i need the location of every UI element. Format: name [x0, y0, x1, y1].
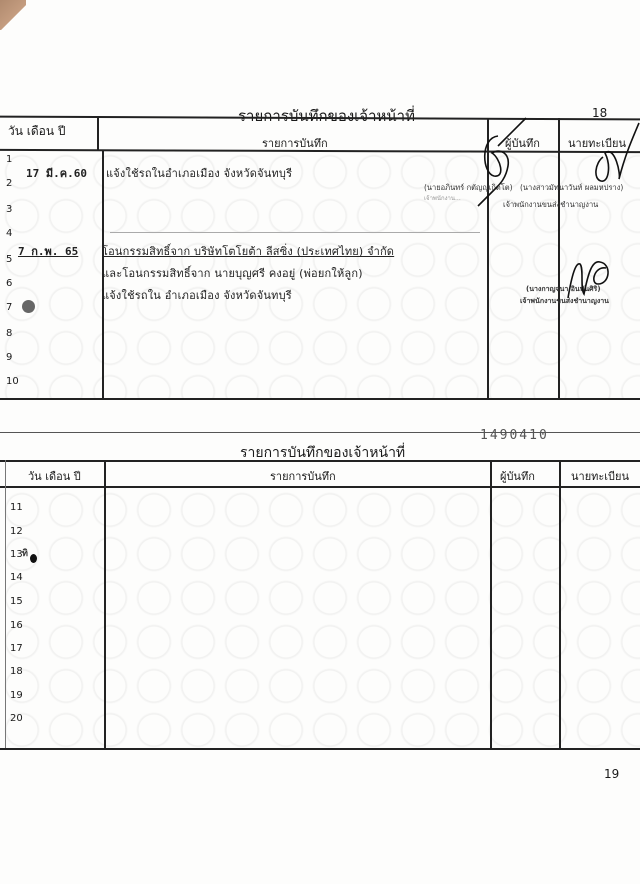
entry-text: แจ้งใช้รถใน อำเภอเมือง จังหวัดจันทบุรี — [102, 286, 292, 304]
top-col-date: วัน เดือน ปี — [8, 122, 66, 141]
top-col-divider-header-1 — [97, 118, 99, 150]
bottom-table-border — [0, 460, 640, 462]
registrar-signature — [575, 115, 640, 185]
hole-punch-mark — [22, 300, 35, 313]
top-col-divider-3 — [558, 118, 560, 398]
entry-date: 7 ก.พ. 65 — [18, 242, 78, 260]
row-number: 16 — [10, 620, 23, 631]
bottom-left-edge — [5, 460, 6, 748]
registrar-signature — [562, 254, 622, 300]
row-number: 3 — [6, 204, 12, 215]
row-number: 6 — [6, 278, 12, 289]
bottom-col-divider-1 — [104, 460, 106, 748]
recorder-signature — [470, 118, 530, 208]
entry-date: 17 มี.ค.60 — [26, 164, 87, 182]
row-number: 11 — [10, 502, 23, 513]
entry-text: แจ้งใช้รถในอำเภอเมือง จังหวัดจันทบุรี — [106, 164, 292, 182]
top-col-entry: รายการบันทึก — [262, 134, 328, 152]
bottom-col-entry: รายการบันทึก — [270, 467, 336, 485]
row-number: 4 — [6, 228, 12, 239]
row-number: 5 — [6, 254, 12, 265]
bottom-col-recorder: ผู้บันทึก — [500, 467, 535, 485]
entry-text: และโอนกรรมสิทธิ์จาก นายบุญศรี คงอยู่ (พ่… — [102, 264, 363, 282]
bottom-col-date: วัน เดือน ปี — [28, 467, 81, 485]
bottom-table-bottom — [0, 748, 640, 750]
hole-punch-text: ทิ — [22, 546, 28, 560]
row-number: 7 — [6, 302, 12, 313]
row-number: 8 — [6, 328, 12, 339]
bottom-col-divider-3 — [559, 460, 561, 748]
row-number: 19 — [10, 690, 23, 701]
row-number: 17 — [10, 643, 23, 654]
row-number: 1 — [6, 154, 12, 165]
row-number: 20 — [10, 713, 23, 724]
row-number: 18 — [10, 666, 23, 677]
entry-text: โอนกรรมสิทธิ์จาก บริษัทโตโยต้า ลีสซิ่ง (… — [102, 242, 394, 260]
row-number: 14 — [10, 572, 23, 583]
row-number: 10 — [6, 376, 19, 387]
recorder-stamp-sub: เจ้าพนักงาน... — [424, 193, 461, 203]
hole-punch-mark — [30, 554, 37, 563]
bottom-header-divider — [0, 486, 640, 488]
row-number: 9 — [6, 352, 12, 363]
row-number: 15 — [10, 596, 23, 607]
faded-line — [110, 232, 480, 233]
row-number: 13 — [10, 549, 23, 560]
security-watermark-bottom — [0, 488, 640, 748]
scanned-corner-edge — [0, 0, 26, 30]
bottom-col-divider-2 — [490, 460, 492, 748]
bottom-page-number: 19 — [604, 767, 619, 781]
top-table-bottom — [0, 398, 640, 400]
serial-number: 1490410 — [480, 428, 549, 443]
bottom-col-registrar: นายทะเบียน — [571, 467, 629, 485]
row-number: 12 — [10, 526, 23, 537]
row-number: 2 — [6, 178, 12, 189]
